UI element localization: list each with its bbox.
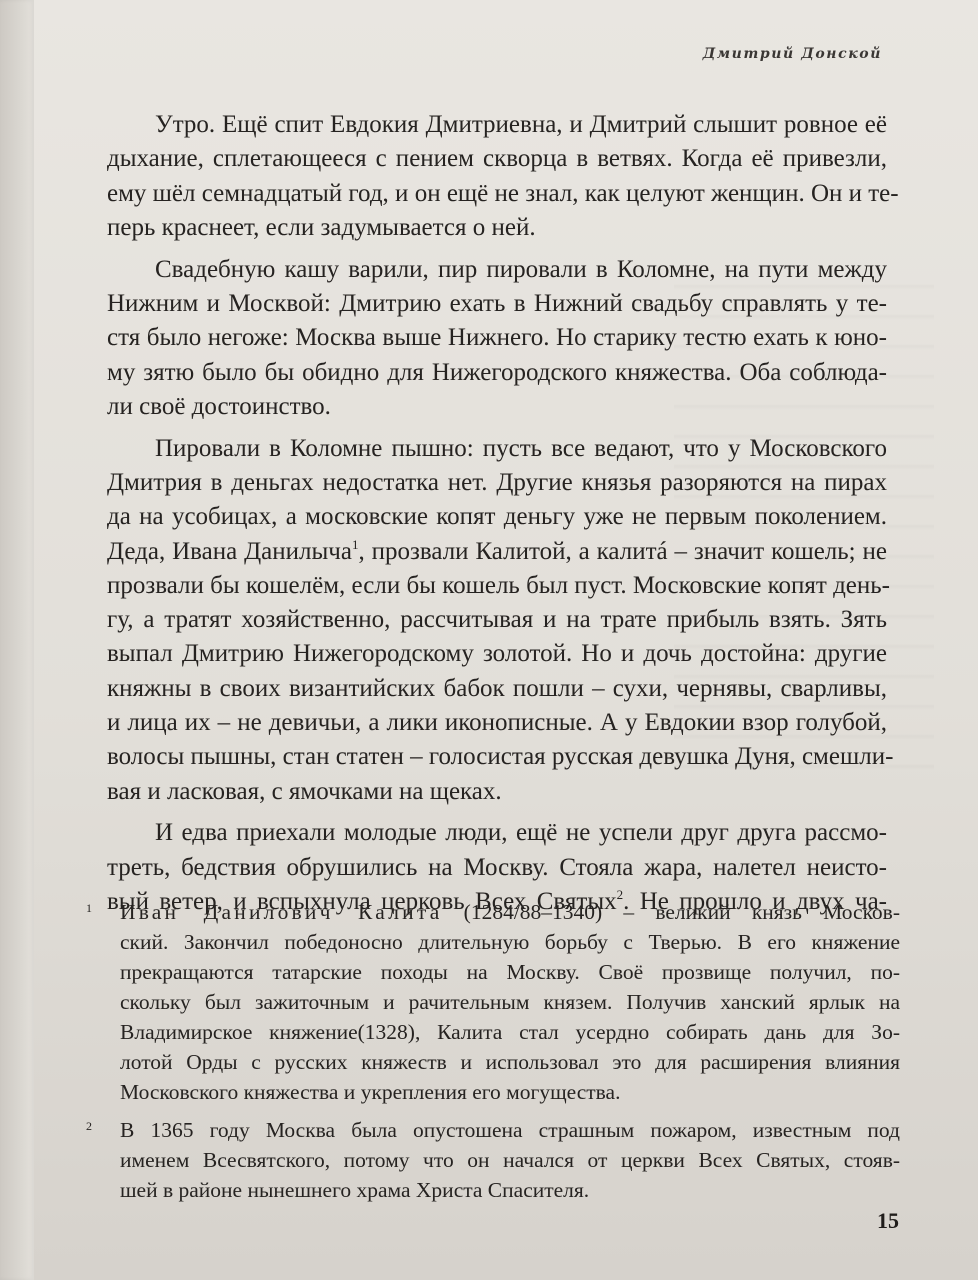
text-line: му зятю было бы обидно для Нижегородског… — [107, 356, 887, 390]
text-segment: , прозвали Калитой, а калитá – значит ко… — [358, 538, 887, 565]
paragraph-1: Утро. Ещё спит Евдокия Дмитриевна, и Дми… — [107, 108, 887, 245]
paragraph-2: Свадебную кашу варили, пир пировали в Ко… — [107, 253, 887, 424]
footnote-number: 2 — [86, 1115, 92, 1137]
text-line: Утро. Ещё спит Евдокия Дмитриевна, и Дми… — [107, 108, 887, 142]
text-line: прозвали бы кошелём, если бы кошель был … — [107, 569, 887, 603]
text-line: перь краснеет, если задумывается о ней. — [107, 211, 887, 245]
text-line: ли своё достоинство. — [107, 390, 887, 424]
footnote-line: скольку был зажиточным и рачительным кня… — [120, 987, 900, 1017]
footnote-line: прекращаются татарские походы на Москву.… — [120, 957, 900, 987]
footnote-name: Иван Данилович Калита — [120, 900, 442, 924]
text-segment: Деда, Ивана Данилыча — [107, 538, 352, 565]
text-line: Пировали в Коломне пышно: пусть все веда… — [107, 432, 887, 466]
text-line: ему шёл семнадцатый год, и он ещё не зна… — [107, 177, 887, 211]
book-page: Дмитрий Донской Утро. Ещё спит Евдокия Д… — [34, 0, 978, 1280]
text-line: дыхание, сплетающееся с пением скворца в… — [107, 142, 887, 176]
footnote-line: В 1365 году Москва была опустошена страш… — [120, 1115, 900, 1145]
footnote-2: 2 В 1365 году Москва была опустошена стр… — [64, 1115, 900, 1205]
text-line: Нижним и Москвой: Дмитрию ехать в Нижний… — [107, 287, 887, 321]
text-line: Свадебную кашу варили, пир пировали в Ко… — [107, 253, 887, 287]
text-segment: (1284/88–1340) – великий князь Москов- — [442, 900, 900, 924]
text-line: вая и ласковая, с ямочками на щеках. — [107, 775, 887, 809]
text-line: и лица их – не девичьи, а лики иконописн… — [107, 706, 887, 740]
text-line: И едва приехали молодые люди, ещё не усп… — [107, 816, 887, 850]
footnote-number: 1 — [86, 897, 92, 919]
text-line: да на усобицах, а московские копят деньг… — [107, 500, 887, 534]
page-number: 15 — [877, 1208, 899, 1234]
main-text: Утро. Ещё спит Евдокия Дмитриевна, и Дми… — [107, 108, 887, 927]
text-line: треть, бедствия обрушились на Москву. Ст… — [107, 851, 887, 885]
paragraph-3: Пировали в Коломне пышно: пусть все веда… — [107, 432, 887, 809]
footnote-line: Владимирское княжение(1328), Калита стал… — [120, 1017, 900, 1047]
footnote-1: 1 Иван Данилович Калита (1284/88–1340) –… — [64, 897, 900, 1107]
text-line: волосы пышны, стан статен – голосистая р… — [107, 740, 887, 774]
footnote-line: лотой Орды с русских княжеств и использо… — [120, 1047, 900, 1077]
text-line: Дмитрия в деньгах недостатка нет. Другие… — [107, 466, 887, 500]
footnote-line: шей в районе нынешнего храма Христа Спас… — [120, 1175, 900, 1205]
page-gutter — [0, 0, 34, 1280]
footnote-line: Московского княжества и укрепления его м… — [120, 1077, 900, 1107]
footnote-line: Иван Данилович Калита (1284/88–1340) – в… — [120, 897, 900, 927]
text-line: выпал Дмитрию Нижегородскому золотой. Но… — [107, 637, 887, 671]
footnotes: 1 Иван Данилович Калита (1284/88–1340) –… — [64, 897, 900, 1213]
text-line: княжны в своих византийских бабок пошли … — [107, 672, 887, 706]
running-head: Дмитрий Донской — [703, 46, 882, 62]
text-line: гу, а тратят хозяйственно, рассчитывая и… — [107, 603, 887, 637]
text-line-with-footnote-ref: Деда, Ивана Данилыча1, прозвали Калитой,… — [107, 535, 887, 569]
text-line: стя было негоже: Москва выше Нижнего. Но… — [107, 321, 887, 355]
footnote-line: именем Всесвятского, потому что он начал… — [120, 1145, 900, 1175]
footnote-line: ский. Закончил победоносно длительную бо… — [120, 927, 900, 957]
